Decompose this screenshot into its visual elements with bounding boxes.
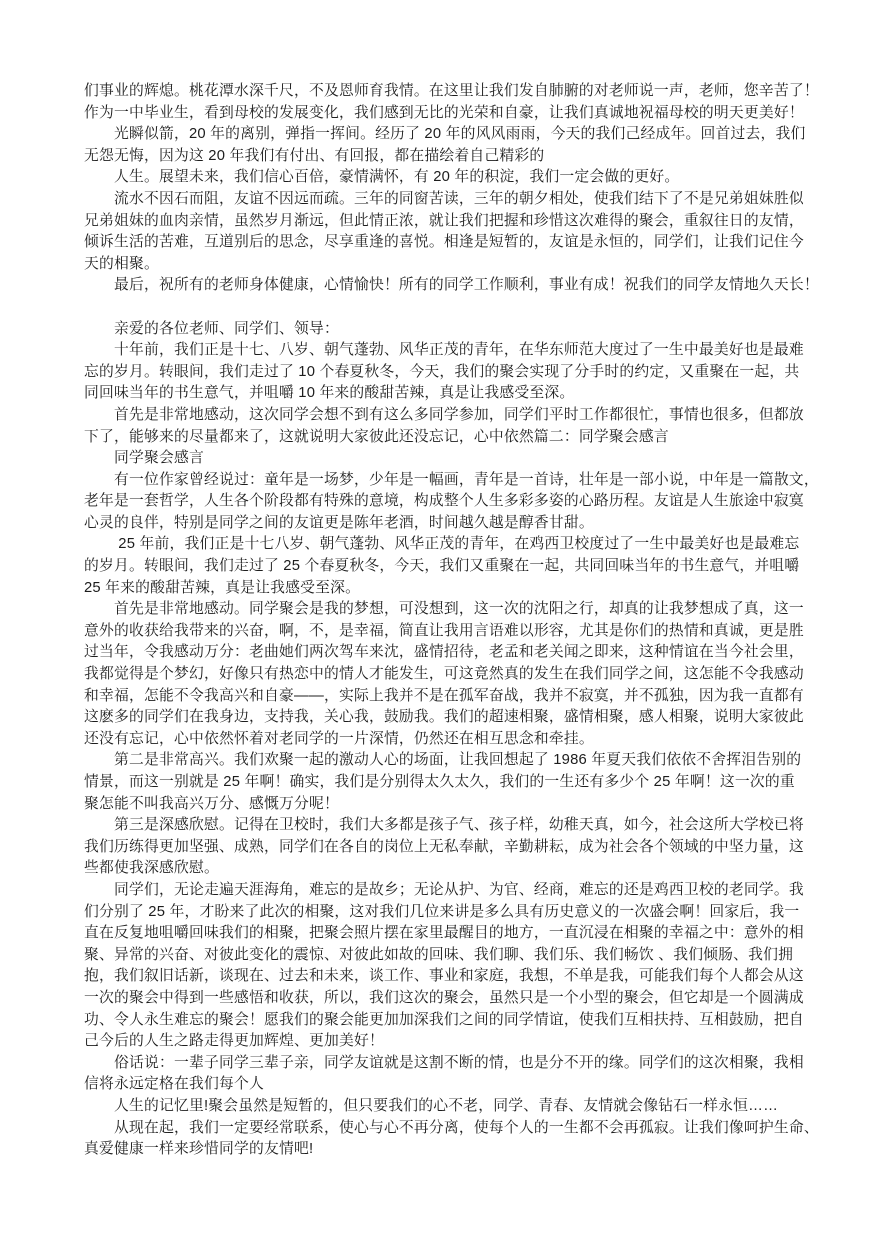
text-line: 同回味当年的书生意气，并咀嚼 10 年来的酸甜苦辣，真是让我感受至深。: [84, 383, 884, 405]
text-line: 聚、异常的兴奋、对彼此变化的震惊、对彼此如故的回味、我们聊、我们乐、我们畅饮 、…: [84, 945, 884, 967]
text-line: 首先是非常地感动。同学聚会是我的梦想，可没想到，这一次的沈阳之行，却真的让我梦想…: [84, 599, 884, 621]
text-line: 老年是一套哲学，人生各个阶段都有特殊的意境，构成整个人生多彩多姿的心路历程。友谊…: [84, 491, 884, 513]
text-line: 首先是非常地感动，这次同学会想不到有这么多同学参加，同学们平时工作都很忙，事情也…: [84, 405, 884, 427]
text-line: 真爱健康一样来珍惜同学的友情吧!: [84, 1139, 884, 1161]
text-line: 己今后的人生之路走得更加辉煌、更加美好！: [84, 1031, 884, 1053]
text-line: 过当年，令我感动万分：老曲她们两次驾车来沈，盛情招待，老孟和老关闻之即来，这种情…: [84, 642, 884, 664]
text-line: 们分别了 25 年，才盼来了此次的相聚，这对我们几位来讲是多么具有历史意义的一次…: [84, 902, 884, 924]
document-text: 们事业的辉熄。桃花潭水深千尺，不及恩师育我情。在这里让我们发自肺腑的对老师说一声…: [84, 81, 884, 1161]
text-line: 倾诉生活的苦难，互道别后的思念，尽享重逢的喜悦。相逢是短暂的，友谊是永恒的，同学…: [84, 232, 884, 254]
text-line: 还没有忘记，心中依然怀着对老同学的一片深情，仍然还在相互思念和牵挂。: [84, 729, 884, 751]
text-line: 同学们，无论走遍天涯海角，难忘的是故乡；无论从护、为官、经商，难忘的还是鸡西卫校…: [84, 880, 884, 902]
text-line: 最后，祝所有的老师身体健康，心情愉快！所有的同学工作顺利，事业有成！祝我们的同学…: [84, 275, 884, 297]
text-line: 第二是非常高兴。我们欢聚一起的激动人心的场面，让我回想起了 1986 年夏天我们…: [84, 750, 884, 772]
text-line: 从现在起，我们一定要经常联系，使心与心不再分离，使每个人的一生都不会再孤寂。让我…: [84, 1118, 884, 1140]
text-line: 亲爱的各位老师、同学们、领导：: [84, 319, 884, 341]
text-line: 的岁月。转眼间，我们走过了 25 个春夏秋冬，今天，我们又重聚在一起，共同回味当…: [84, 556, 884, 578]
text-line: 功、令人永生难忘的聚会！愿我们的聚会能更加加深我们之间的同学情谊，使我们互相扶持…: [84, 1010, 884, 1032]
text-line: 和幸福，怎能不令我高兴和自豪——，实际上我并不是在孤军奋战，我并不寂寞，并不孤独…: [84, 686, 884, 708]
text-line: 25 年来的酸甜苦辣，真是让我感受至深。: [84, 578, 884, 600]
text-line: 流水不因石而阻，友谊不因远而疏。三年的同窗苦读，三年的朝夕相处，使我们结下了不是…: [84, 189, 884, 211]
text-line: 同学聚会感言: [84, 448, 884, 470]
text-line: 光瞬似箭，20 年的离别，弹指一挥间。经历了 20 年的风风雨雨，今天的我们己经…: [84, 124, 884, 146]
text-line: 们事业的辉熄。桃花潭水深千尺，不及恩师育我情。在这里让我们发自肺腑的对老师说一声…: [84, 81, 884, 103]
text-line: 意外的收获给我带来的兴奋，啊，不，是幸福，简直让我用言语难以形容，尤其是你们的热…: [84, 621, 884, 643]
text-line: 这麽多的同学们在我身边，支持我，关心我，鼓励我。我们的超速相聚，盛情相聚，感人相…: [84, 707, 884, 729]
text-line: 第三是深感欣慰。记得在卫校时，我们大多都是孩子气、孩子样，幼稚天真，如今，社会这…: [84, 815, 884, 837]
text-line: 下了，能够来的尽量都来了，这就说明大家彼此还没忘记，心中依然篇二：同学聚会感言: [84, 427, 884, 449]
text-line: 天的相聚。: [84, 254, 884, 276]
text-line: [84, 297, 884, 319]
text-line: 一次的聚会中得到一些感悟和收获，所以，我们这次的聚会，虽然只是一个小型的聚会，但…: [84, 988, 884, 1010]
text-line: 聚怎能不叫我高兴万分、感慨万分呢！: [84, 794, 884, 816]
document-page: 们事业的辉熄。桃花潭水深千尺，不及恩师育我情。在这里让我们发自肺腑的对老师说一声…: [0, 0, 884, 1250]
text-line: 心灵的良伴，特别是同学之间的友谊更是陈年老酒，时间越久越是醇香甘甜。: [84, 513, 884, 535]
text-line: 俗话说：一辈子同学三辈子亲，同学友谊就是这割不断的情，也是分不开的缘。同学们的这…: [84, 1053, 884, 1075]
text-line: 些都使我深感欣慰。: [84, 858, 884, 880]
text-line: 情景，而这一别就是 25 年啊！确实，我们是分别得太久太久，我们的一生还有多少个…: [84, 772, 884, 794]
text-line: 信将永远定格在我们每个人: [84, 1074, 884, 1096]
text-line: 25 年前，我们正是十七八岁、朝气蓬勃、风华正茂的青年，在鸡西卫校度过了一生中最…: [84, 534, 884, 556]
text-line: 我们历练得更加坚强、成熟，同学们在各自的岗位上无私奉献，辛勤耕耘，成为社会各个领…: [84, 837, 884, 859]
text-line: 有一位作家曾经说过：童年是一场梦，少年是一幅画，青年是一首诗，壮年是一部小说，中…: [84, 470, 884, 492]
text-line: 抱，我们叙旧话新，谈现在、过去和未来，谈工作、事业和家庭，我想，不单是我，可能我…: [84, 966, 884, 988]
text-line: 十年前，我们正是十七、八岁、朝气蓬勃、风华正茂的青年，在华东师范大度过了一生中最…: [84, 340, 884, 362]
text-line: 人生的记忆里!聚会虽然是短暂的，但只要我们的心不老，同学、青春、友情就会像钻石一…: [84, 1096, 884, 1118]
text-line: 无怨无悔，因为这 20 年我们有付出、有回报，都在描绘着自己精彩的: [84, 146, 884, 168]
text-line: 兄弟姐妹的血肉亲情，虽然岁月渐远，但此情正浓，就让我们把握和珍惜这次难得的聚会，…: [84, 211, 884, 233]
text-line: 人生。展望未来，我们信心百倍，豪情满怀，有 20 年的积淀，我们一定会做的更好。: [84, 167, 884, 189]
text-line: 忘的岁月。转眼间，我们走过了 10 个春夏秋冬，今天，我们的聚会实现了分手时的约…: [84, 362, 884, 384]
text-line: 直在反复地咀嚼回味我们的相聚，把聚会照片摆在家里最醒目的地方，一直沉浸在相聚的幸…: [84, 923, 884, 945]
text-line: 作为一中毕业生，看到母校的发展变化，我们感到无比的光荣和自豪，让我们真诚地祝福母…: [84, 103, 884, 125]
text-line: 我都觉得是个梦幻，好像只有热恋中的情人才能发生，可这竟然真的发生在我们同学之间，…: [84, 664, 884, 686]
